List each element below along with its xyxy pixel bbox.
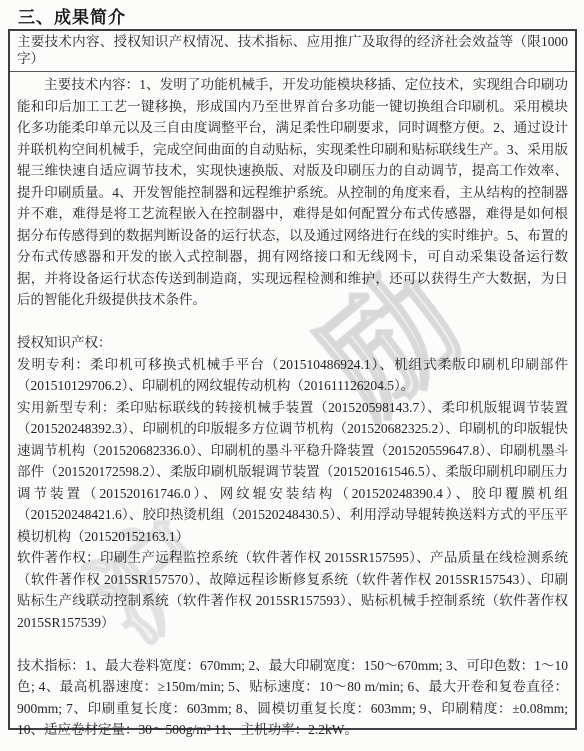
summary-table: 主要技术内容、授权知识产权情况、技术指标、应用推广及取得的经济社会效益等（限10… — [8, 29, 577, 730]
paragraph-invention-patents: 发明专利：柔印机可移换式机械手平台（201510486924.1）、机组式柔版印… — [17, 354, 568, 397]
table-body-cell: 主要技术内容：1、发明了功能机械手，开发功能模块移插、定位技术，实现组合印刷功能… — [10, 72, 575, 741]
section-title: 三、成果简介 — [18, 3, 126, 28]
table-header-cell: 主要技术内容、授权知识产权情况、技术指标、应用推广及取得的经济社会效益等（限10… — [10, 31, 575, 72]
paragraph-software-copyrights: 软件著作权：印刷生产远程监控系统（软件著作权 2015SR157595）、产品质… — [17, 547, 568, 633]
paragraph-utility-model-patents: 实用新型专利：柔印贴标联线的转接机械手装置（201520598143.7）、柔印… — [17, 397, 568, 548]
document-page: 励 沪 三、成果简介 主要技术内容、授权知识产权情况、技术指标、应用推广及取得的… — [0, 0, 584, 751]
paragraph-main-tech-content: 主要技术内容：1、发明了功能机械手，开发功能模块移插、定位技术，实现组合印刷功能… — [17, 74, 568, 311]
paragraph-technical-indicators: 技术指标：1、最大卷料宽度：670mm; 2、最大印刷宽度：150～670mm;… — [17, 655, 568, 741]
paragraph-ip-heading: 授权知识产权： — [17, 332, 568, 354]
